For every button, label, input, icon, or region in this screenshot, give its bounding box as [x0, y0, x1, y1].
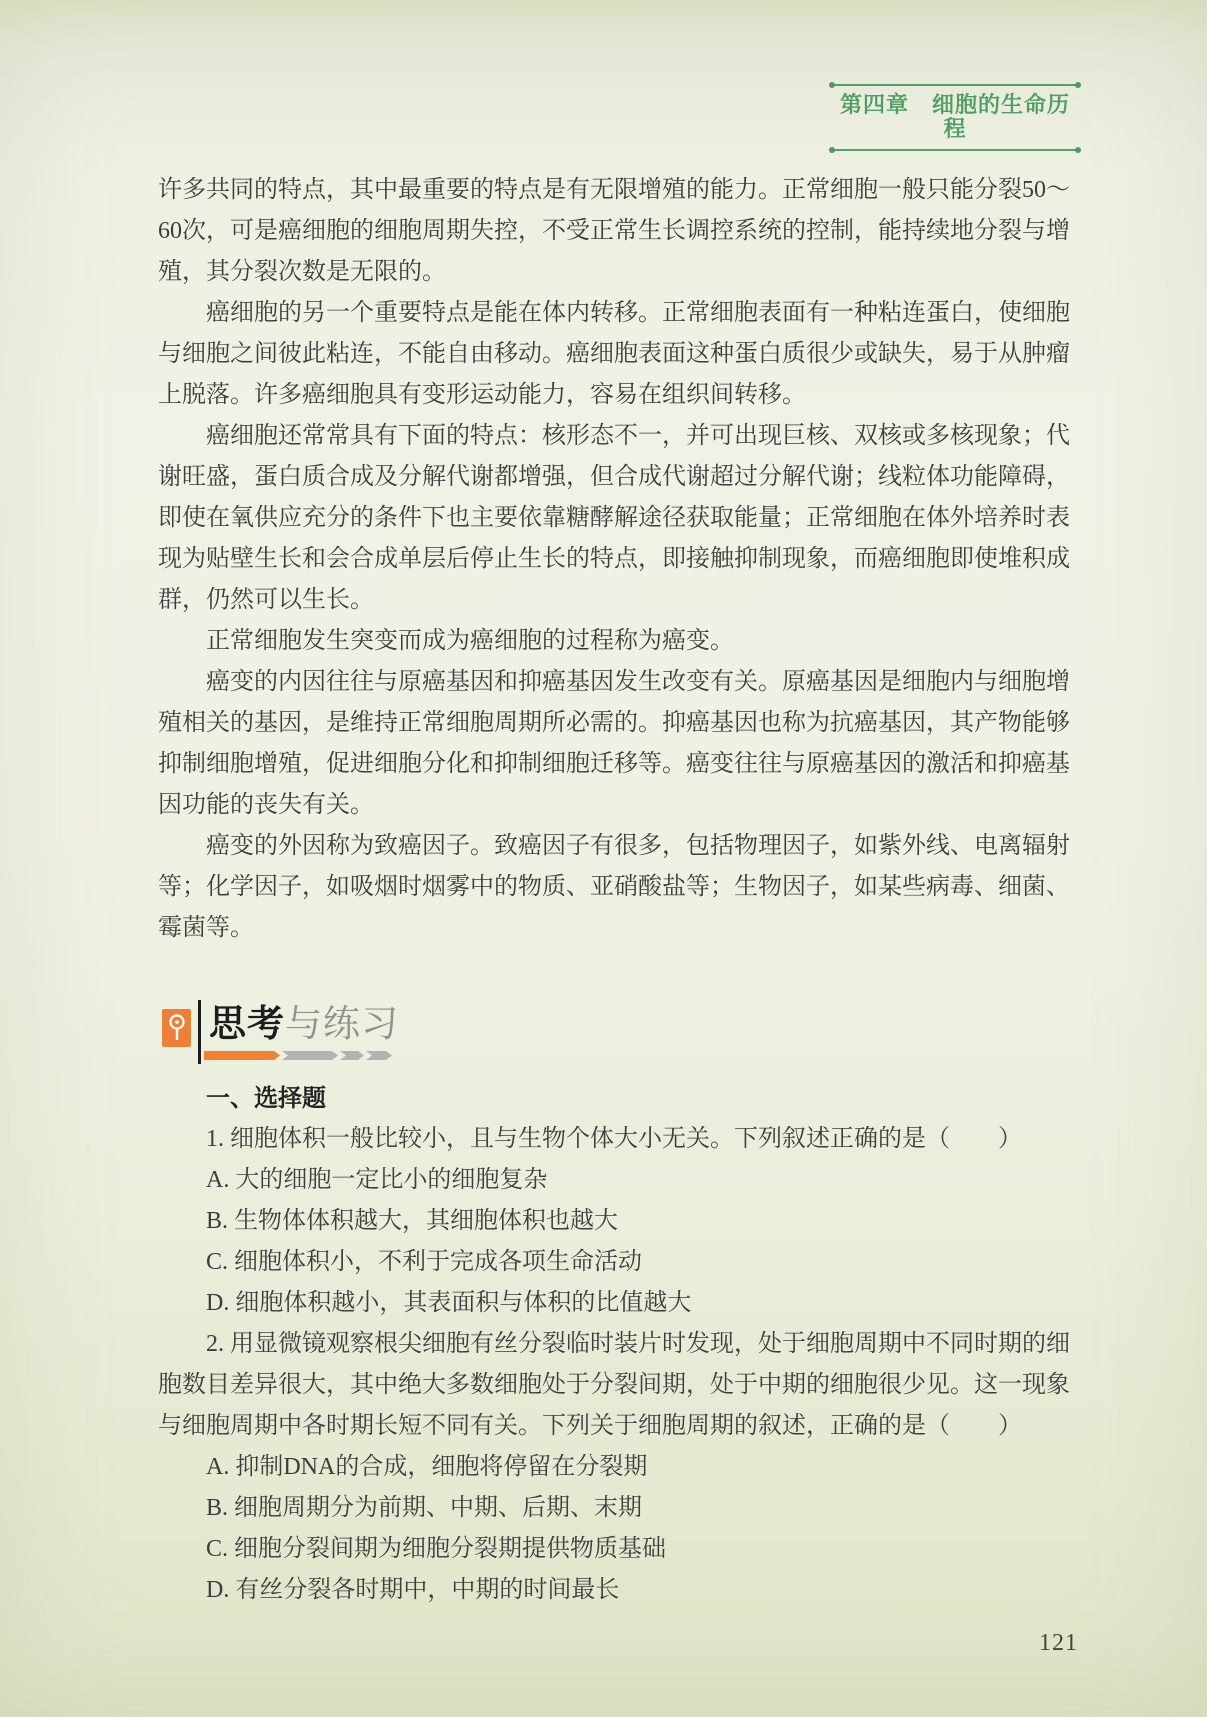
- chapter-header: 第四章 细胞的生命历程: [831, 84, 1079, 151]
- body-text: 许多共同的特点，其中最重要的特点是有无限增殖的能力。正常细胞一般只能分裂50～6…: [158, 170, 1070, 949]
- exercise-section-icon-box: [162, 1009, 191, 1047]
- exercise-header-divider: [198, 1000, 201, 1064]
- question-1-stem: 1. 细胞体积一般比较小，且与生物个体大小无关。下列叙述正确的是（ ）: [158, 1119, 1070, 1160]
- exercise-section-title: 思考 与练习: [209, 1001, 399, 1047]
- subsection-title: 一、选择题: [158, 1078, 1070, 1119]
- bar-segment-orange: [204, 1051, 280, 1060]
- body-paragraph: 癌细胞还常常具有下面的特点：核形态不一，并可出现巨核、双核或多核现象；代谢旺盛，…: [158, 416, 1070, 621]
- magnifier-icon: [168, 1013, 186, 1043]
- bar-segment-gray-tip: [366, 1051, 392, 1060]
- section-title-light: 与练习: [285, 1001, 399, 1047]
- section-title-bold: 思考: [209, 1001, 285, 1047]
- question-2-option-c: C. 细胞分裂间期为细胞分裂期提供物质基础: [158, 1529, 1070, 1570]
- question-2-option-a: A. 抑制DNA的合成，细胞将停留在分裂期: [158, 1447, 1070, 1488]
- page-number: 121: [1039, 1630, 1078, 1657]
- question-1-option-a: A. 大的细胞一定比小的细胞复杂: [158, 1160, 1070, 1201]
- body-paragraph: 癌变的内因往往与原癌基因和抑癌基因发生改变有关。原癌基因是细胞内与细胞增殖相关的…: [158, 662, 1070, 826]
- body-paragraph: 癌变的外因称为致癌因子。致癌因子有很多，包括物理因子，如紫外线、电离辐射等；化学…: [158, 826, 1070, 949]
- question-1-option-c: C. 细胞体积小，不利于完成各项生命活动: [158, 1242, 1070, 1283]
- body-paragraph: 正常细胞发生突变而成为癌细胞的过程称为癌变。: [158, 621, 1070, 662]
- question-2-option-d: D. 有丝分裂各时期中，中期的时间最长: [158, 1570, 1070, 1611]
- question-1-option-d: D. 细胞体积越小，其表面积与体积的比值越大: [158, 1283, 1070, 1324]
- exercise-title-underline-bar: [204, 1051, 392, 1060]
- bar-segment-gray: [282, 1051, 338, 1060]
- textbook-page: 第四章 细胞的生命历程 许多共同的特点，其中最重要的特点是有无限增殖的能力。正常…: [0, 0, 1207, 1717]
- exercise-questions: 一、选择题 1. 细胞体积一般比较小，且与生物个体大小无关。下列叙述正确的是（ …: [158, 1078, 1070, 1611]
- body-paragraph: 许多共同的特点，其中最重要的特点是有无限增殖的能力。正常细胞一般只能分裂50～6…: [158, 170, 1070, 293]
- question-2-option-b: B. 细胞周期分为前期、中期、后期、末期: [158, 1488, 1070, 1529]
- chapter-title: 第四章 细胞的生命历程: [831, 86, 1079, 149]
- bar-segment-gray: [340, 1051, 364, 1060]
- header-rule-top: [833, 84, 1077, 86]
- body-paragraph: 癌细胞的另一个重要特点是能在体内转移。正常细胞表面有一种粘连蛋白，使细胞与细胞之…: [158, 293, 1070, 416]
- question-2-stem: 2. 用显微镜观察根尖细胞有丝分裂临时装片时发现，处于细胞周期中不同时期的细胞数…: [158, 1324, 1070, 1447]
- question-1-option-b: B. 生物体体积越大，其细胞体积也越大: [158, 1201, 1070, 1242]
- header-rule-bottom: [833, 149, 1077, 151]
